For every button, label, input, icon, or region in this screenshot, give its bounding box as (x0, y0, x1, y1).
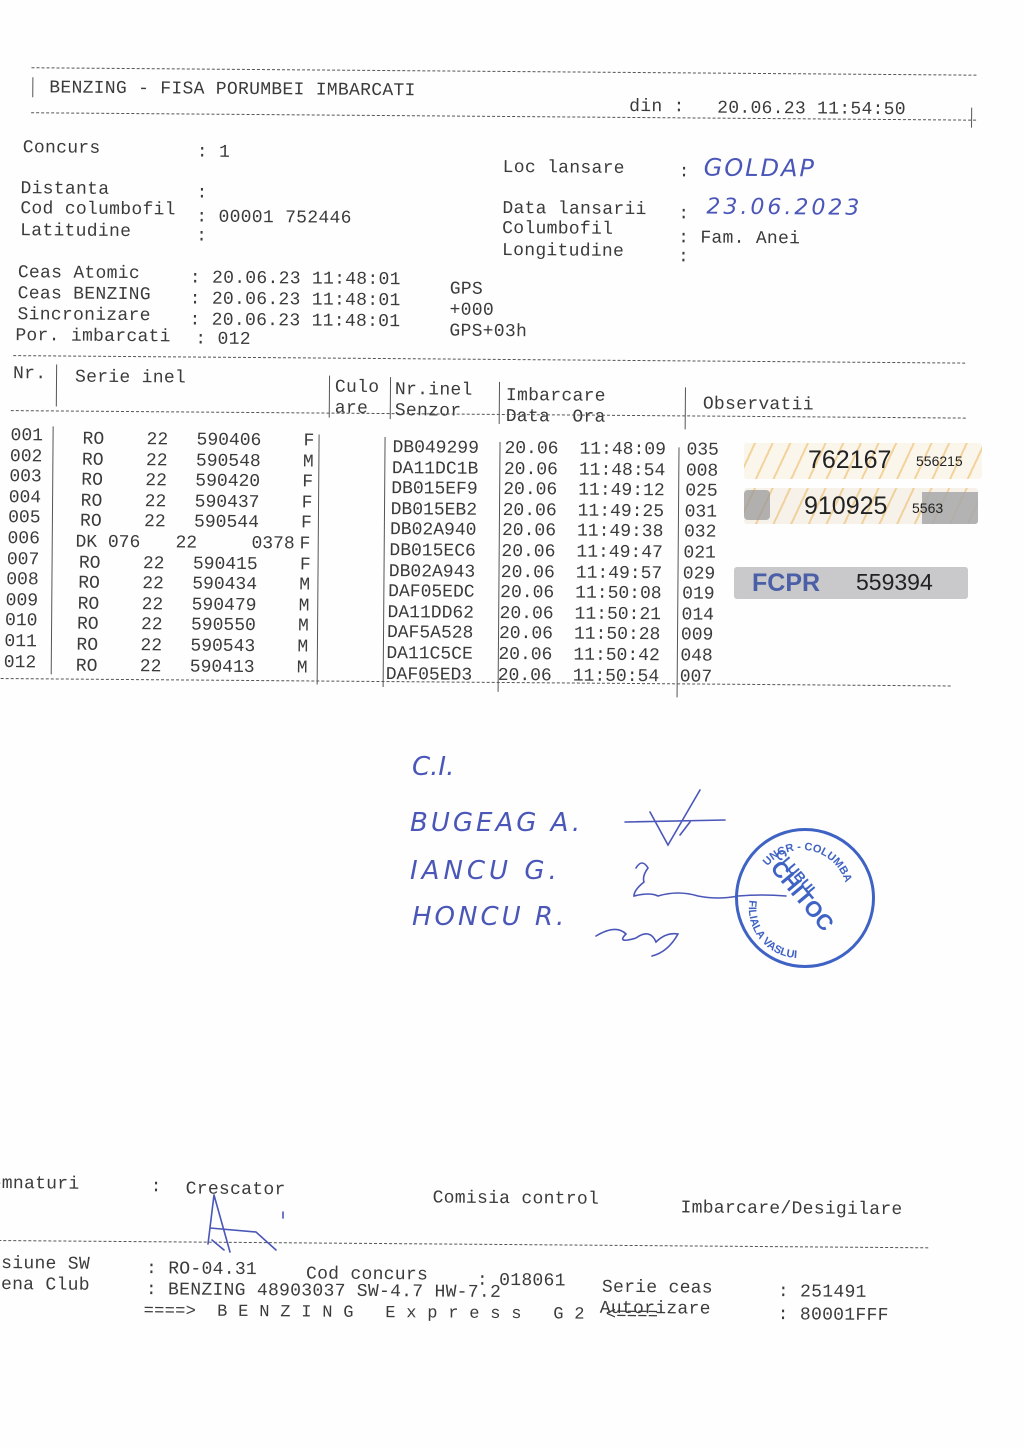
signature-1 (625, 790, 725, 845)
signature-strokes (0, 0, 1024, 1448)
document-page: BENZING - FISA PORUMBEI IMBARCATI din : … (0, 0, 1024, 1448)
signature-3 (596, 929, 678, 956)
club-stamp: UNCR - COLUMBA FILIALA VASLUI CLUBUL CHI… (735, 828, 875, 968)
crescator-signature (208, 1195, 283, 1252)
svg-text:FILIALA VASLUI: FILIALA VASLUI (746, 900, 798, 961)
